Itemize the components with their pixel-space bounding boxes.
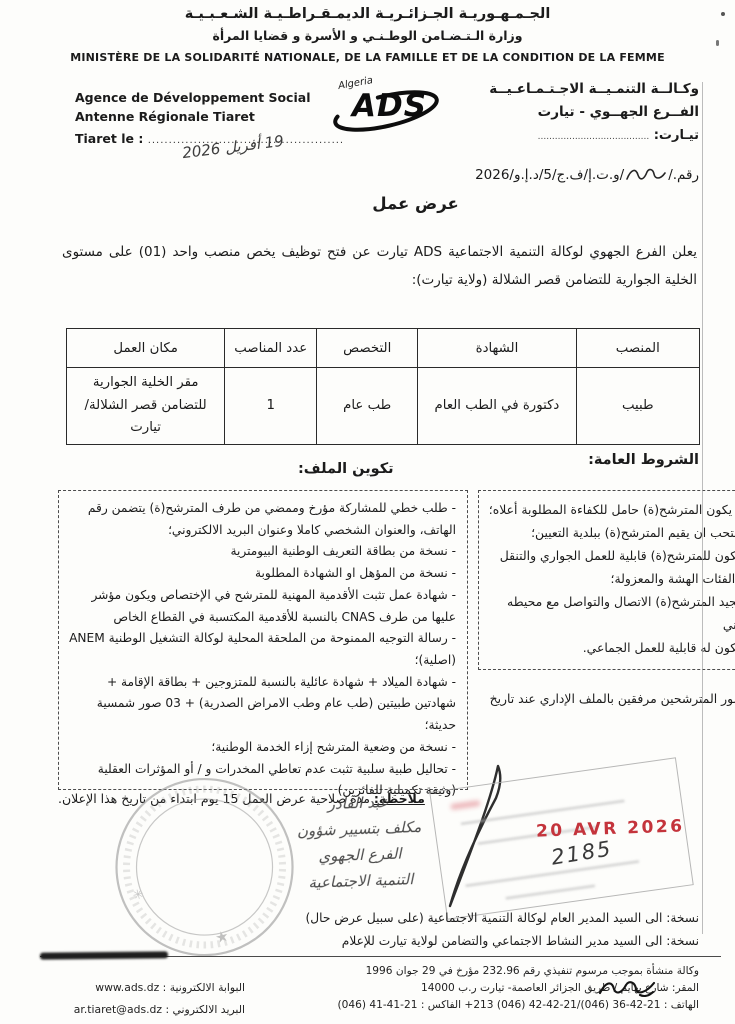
table-header-position: المنصب (576, 329, 699, 368)
svg-text:★: ★ (213, 927, 230, 948)
condition-item: ان يجيد المترشح(ة) الاتصال والتواصل مع م… (487, 591, 735, 637)
scan-speck (721, 12, 725, 16)
date-label-fr: Tiaret le : (75, 131, 143, 146)
table-row: طبيب دكتورة في الطب العام طب عام 1 مقر ا… (67, 368, 700, 445)
scanned-job-offer-document: الجـمـهـوريـة الجـزائـريـة الديمـقـراطـي… (0, 0, 735, 1024)
agency-branch-fr: Antenne Régionale Tiaret (75, 107, 310, 126)
agency-block-ar: وكـالــة التنمـيــة الاجـتـمـاعـيــة الف… (489, 78, 699, 124)
svg-text:✳: ✳ (131, 887, 145, 904)
reference-suffix: /و.ت.إ/ف.ج/5/د.إ.و/2026 (475, 167, 624, 183)
reference-prefix: رقم./ (668, 167, 699, 183)
footer-email: البريد الالكتروني : ar.tiaret@ads.dz (55, 999, 245, 1021)
stamp-smear (450, 800, 481, 810)
date-dotted-line-ar: ....................................... (538, 132, 650, 142)
table-header-certificate: الشهادة (418, 329, 576, 368)
scan-smudge (40, 951, 168, 959)
file-item: - رسالة التوجيه الممنوحة من الملحقة المح… (67, 628, 456, 671)
footer-phones: الهاتف : 21-42-36 (046)/21-42-42 (046) 2… (337, 997, 699, 1014)
ministry-title-fr: MINISTÈRE DE LA SOLIDARITÉ NATIONALE, DE… (0, 51, 735, 64)
agency-name-fr: Agence de Développement Social (75, 88, 310, 107)
cell-certificate: دكتورة في الطب العام (418, 368, 576, 445)
copy-line: نسخة: الى السيد المدير العام لوكالة التن… (306, 911, 699, 925)
conditions-section-title: الشروط العامة: (588, 452, 699, 468)
condition-item: أن يكون له قابلية للعمل الجماعي. (487, 637, 735, 660)
stamp-faint-line (506, 885, 595, 900)
positions-table: المنصب الشهادة التخصص عدد المناصب مكان ا… (66, 328, 700, 445)
date-label-ar: تيـارت: (654, 128, 699, 143)
handwritten-reference-number (625, 166, 667, 184)
file-item: - نسخة من المؤهل او الشهادة المطلوبة (67, 563, 456, 585)
ads-logo: Algeria ADS (330, 80, 460, 138)
ads-logo-text: ADS (352, 88, 427, 124)
cell-count: 1 (225, 368, 317, 445)
cell-specialty: طب عام (317, 368, 418, 445)
agency-name-ar: وكـالــة التنمـيــة الاجـتـمـاعـيــة (489, 78, 699, 101)
condition-item: ان يكون للمترشح(ة) قابلية للعمل الجواري … (487, 545, 735, 591)
table-header-specialty: التخصص (317, 329, 418, 368)
table-header-row: المنصب الشهادة التخصص عدد المناصب مكان ا… (67, 329, 700, 368)
intro-paragraph: يعلن الفرع الجهوي لوكالة التنمية الاجتما… (62, 238, 697, 295)
condition-item: - ان يكون المترشح(ة) حامل للكفاءة المطلو… (487, 499, 735, 522)
footer-handwritten-overlay (596, 977, 658, 999)
footer-contact: البوابة الالكترونية : www.ads.dz البريد … (55, 977, 245, 1021)
republic-title: الجـمـهـوريـة الجـزائـريـة الديمـقـراطـي… (0, 6, 735, 22)
document-title: عرض عمل (48, 194, 735, 213)
reference-number-line: رقم.//و.ت.إ/ف.ج/5/د.إ.و/2026 (475, 166, 699, 184)
files-section-title: تكوين الملف: (298, 461, 394, 477)
files-box: - طلب خطي للمشاركة مؤرخ وممضي من طرف الم… (58, 490, 468, 790)
cell-position: طبيب (576, 368, 699, 445)
attendance-note: هام: حضور المترشحين مرفقين بالملف الإدار… (478, 688, 735, 733)
cell-workplace: مقر الخلية الجوارية للتضامن قصر الشلالة/… (67, 368, 225, 445)
file-item: - طلب خطي للمشاركة مؤرخ وممضي من طرف الم… (67, 498, 456, 541)
date-line-ar: تيـارت: ................................… (538, 128, 699, 143)
footer-portal: البوابة الالكترونية : www.ads.dz (55, 977, 245, 999)
file-item: - نسخة من بطاقة التعريف الوطنية البيومتر… (67, 541, 456, 563)
ministry-title-ar: وزارة الـتـضـامن الوطـنـي و الأسرة و قضا… (0, 28, 735, 43)
file-item: - شهادة الميلاد + شهادة عائلية بالنسبة ل… (67, 672, 456, 737)
table-header-workplace: مكان العمل (67, 329, 225, 368)
copy-line: نسخة: الى السيد مدير النشاط الاجتماعي وا… (342, 934, 699, 948)
scan-speck (716, 40, 719, 46)
agency-block-fr: Agence de Développement Social Antenne R… (75, 88, 310, 126)
table-header-count: عدد المناصب (225, 329, 317, 368)
conditions-box: - ان يكون المترشح(ة) حامل للكفاءة المطلو… (478, 490, 735, 670)
agency-branch-ar: الفــرع الجهــوي - تيارت (489, 101, 699, 124)
condition-item: - يستحب ان يقيم المترشح(ة) ببلدية التعيي… (487, 522, 735, 545)
file-item: - شهادة عمل تثبت الأقدمية المهنية للمترش… (67, 585, 456, 628)
scan-edge-line (702, 82, 703, 934)
